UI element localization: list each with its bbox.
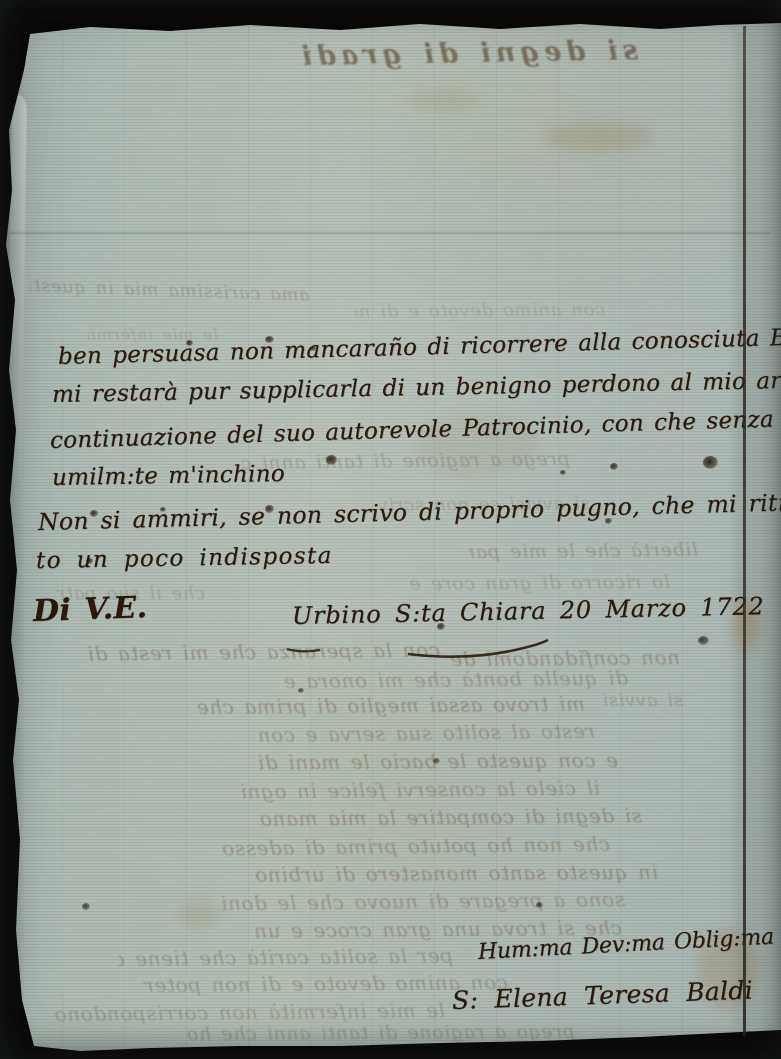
edge-vignette <box>0 0 781 1059</box>
manuscript-photo: si degni di gradireama carissima mia in … <box>0 0 781 1059</box>
